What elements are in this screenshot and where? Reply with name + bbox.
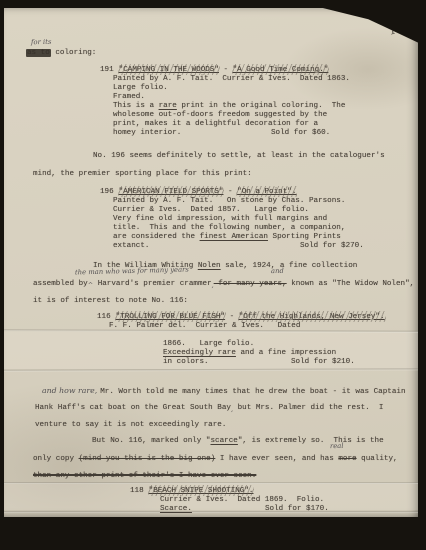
typed-text: Painted by A. F. Tait. On stone by Chas.… [113,197,345,205]
print-subtitle: "A Good Time Coming." [233,66,329,74]
print-subtitle: "On a Point". [237,188,296,196]
entry-line: wholesome out-of-doors freedom suggested… [113,111,350,120]
typed-text: coloring: [51,49,97,57]
typed-text: but Mrs. Palmer did the rest. I [233,404,383,412]
typed-text: only copy [33,455,79,463]
entry-line: 1866. Large folio. [163,340,336,349]
underlined-text: scarce [210,437,237,445]
typed-text: F. F. Palmer del. Currier & Ives. Dated [109,322,300,330]
typed-text: title. This and the following number, a … [113,224,345,232]
typed-text: Hank Haff's cat boat on the Great South … [35,404,231,412]
paragraph-scarce: But No. 116, marked only "scarce", is ex… [33,433,398,486]
paragraph-line: only copy (mind you this is the big one)… [33,451,398,469]
entry-196: 196"AMERICAN FIELD SPORTS" - "On a Point… [100,188,345,251]
typed-text: Large folio. [113,84,168,92]
entry-line: Large folio. [113,84,350,93]
sold-price: Sold for $60. [271,129,330,138]
handwritten-note: and how rare, [42,386,97,395]
entry-line: Very fine old impression, with full marg… [113,215,345,224]
typed-text: - [219,66,233,74]
entry-line: title. This and the following number, a … [113,224,345,233]
underlined-text: Scarce. [160,505,192,513]
entry-line: homey interior.Sold for $60. [113,129,350,138]
typed-text: print in the original coloring. The [177,102,346,110]
typed-text: Sporting Prints [268,233,341,241]
typed-text: are considered the [113,233,200,241]
paragraph-worth-boat: and how rare,Mr. Worth told me many time… [35,382,406,435]
entry-line: Exceedingly rare and a fine impression [163,349,336,358]
print-title: "TROLLING FOR BLUE FISH" [116,313,225,321]
handwritten-insertion: and [271,267,284,274]
paragraph-line: No. 196 seems definitely to settle, at l… [33,148,385,166]
paragraph-line: and how rare,Mr. Worth told me many time… [35,382,406,400]
handwritten-correction: for its [31,39,52,47]
typed-text: sale, 1924, a fine collection [221,262,358,270]
typed-text: mind, the premier sporting place for thi… [33,170,252,178]
entry-116: 116"TROLLING FOR BLUE FISH" - "Off the H… [97,313,385,331]
print-title: "CAMPING IN THE WOODS" [119,66,219,74]
sold-price: Sold for $170. [265,505,329,514]
page-number: 143 [388,19,412,37]
lot-number: 116 [97,313,111,321]
typed-text: extanct. [113,242,149,250]
typed-text: No. 196 seems definitely to settle, at l… [93,152,385,160]
entry-line: This is a rare print in the original col… [113,102,350,111]
struck-text: more [338,455,356,463]
entry-heading: 191"CAMPING IN THE WOODS" - "A Good Time… [100,66,350,75]
entry-line: Currier & Ives. Dated 1857. Large folio. [113,206,345,215]
entry-line: Painted by A. F. Tait. On stone by Chas.… [113,197,345,206]
typed-text: 1866. Large folio. [163,340,254,348]
entry-line: in colors.Sold for $210. [163,358,336,367]
entry-heading: 116"TROLLING FOR BLUE FISH" - "Off the H… [97,313,385,322]
typed-text: known as "The Widow Nolen", [287,280,415,288]
typed-text: quality, [357,455,398,463]
sold-price: Sold for $210. [291,358,355,367]
typed-text: it is of interest to note No. 116: [33,297,188,305]
paper-sheet: 143 for itsas to coloring: 191"CAMPING I… [4,8,418,517]
lot-number: 191 [100,66,114,74]
typed-text: Painted by A. F. Tait. Currier & Ives. D… [113,75,350,83]
typed-text: homey interior. [113,129,181,137]
top-note: for itsas to coloring: [26,48,96,58]
typed-text: I have ever seen, and has [215,455,338,463]
print-title: "BEACH SNIPE SHOOTING". [149,487,254,495]
typed-text: - [223,188,237,196]
entry-116-continued: 1866. Large folio. Exceedingly rare and … [163,340,336,367]
typed-text: Very fine old impression, with full marg… [113,215,327,223]
typed-text: venture to say it is not exceedingly rar… [35,421,226,429]
typed-text: print, makes it a delightful decoration … [113,120,318,128]
entry-118: 118"BEACH SNIPE SHOOTING". Currier & Ive… [130,487,324,514]
entry-heading: 196"AMERICAN FIELD SPORTS" - "On a Point… [100,188,345,197]
paragraph-line: Hank Haff's cat boat on the Great South … [35,400,406,418]
underlined-text: rare [159,102,177,110]
entry-line: F. F. Palmer del. Currier & Ives. Dated [109,322,385,331]
entry-heading: 118"BEACH SNIPE SHOOTING". [130,487,324,496]
typed-text: assembled by [33,280,88,288]
lot-number: 118 [130,487,144,495]
photo-background: 143 for itsas to coloring: 191"CAMPING I… [0,0,426,550]
paper-seam [4,368,418,371]
entry-line: Currier & Ives. Dated 1869. Folio. [160,496,324,505]
struck-text: for many years, [214,280,287,288]
entry-line: Painted by A. F. Tait. Currier & Ives. D… [113,75,350,84]
lot-number: 196 [100,188,114,196]
typed-text: But No. 116, marked only " [92,437,210,445]
entry-line: print, makes it a delightful decoration … [113,120,350,129]
handwritten-replacement: real [330,442,344,449]
paragraph-line: the man who was for many yearsassembled … [33,276,414,294]
typed-text: ", is extremely so. This is the [238,437,384,445]
struck-text: (mind you this is the big one) [79,455,216,463]
paragraph-line: it is of interest to note No. 116: [33,293,414,311]
typed-text: in colors. [163,358,209,366]
typed-text: Currier & Ives. Dated 1857. Large folio. [113,206,309,214]
typed-text: and a fine impression [236,349,336,357]
underlined-text: Nolen [198,262,221,270]
typed-text: This is a [113,102,159,110]
paragraph-premier-place: No. 196 seems definitely to settle, at l… [33,148,385,183]
typed-text: Framed. [113,93,145,101]
inked-out-text: as to [26,49,51,57]
typed-text: - [225,313,239,321]
entry-line: Scarce.Sold for $170. [160,505,324,514]
struck-line: than any other print of their's I have e… [33,472,256,480]
entry-line: are considered the finest American Sport… [113,233,345,242]
typed-text: Currier & Ives. Dated 1869. Folio. [160,496,324,504]
print-subtitle: "Off the Highlands, New Jersey". [239,313,385,321]
typed-text: Mr. Worth told me many times that he dre… [100,388,405,396]
paragraph-line: than any other print of their's I have e… [33,468,398,486]
underlined-text: finest American [200,233,268,241]
typed-text: Harvard's premier crammer [93,280,211,288]
print-title: "AMERICAN FIELD SPORTS" [119,188,224,196]
entry-191: 191"CAMPING IN THE WOODS" - "A Good Time… [100,66,350,138]
underlined-text: Exceedingly rare [163,349,236,357]
entry-line: extanct.Sold for $270. [113,242,345,251]
entry-line: Framed. [113,93,350,102]
sold-price: Sold for $270. [300,242,364,251]
paragraph-nolen-sale: In the William Whiting Nolen sale, 1924,… [33,258,414,311]
typed-text: wholesome out-of-doors freedom suggested… [113,111,327,119]
paragraph-line: mind, the premier sporting place for thi… [33,166,385,184]
